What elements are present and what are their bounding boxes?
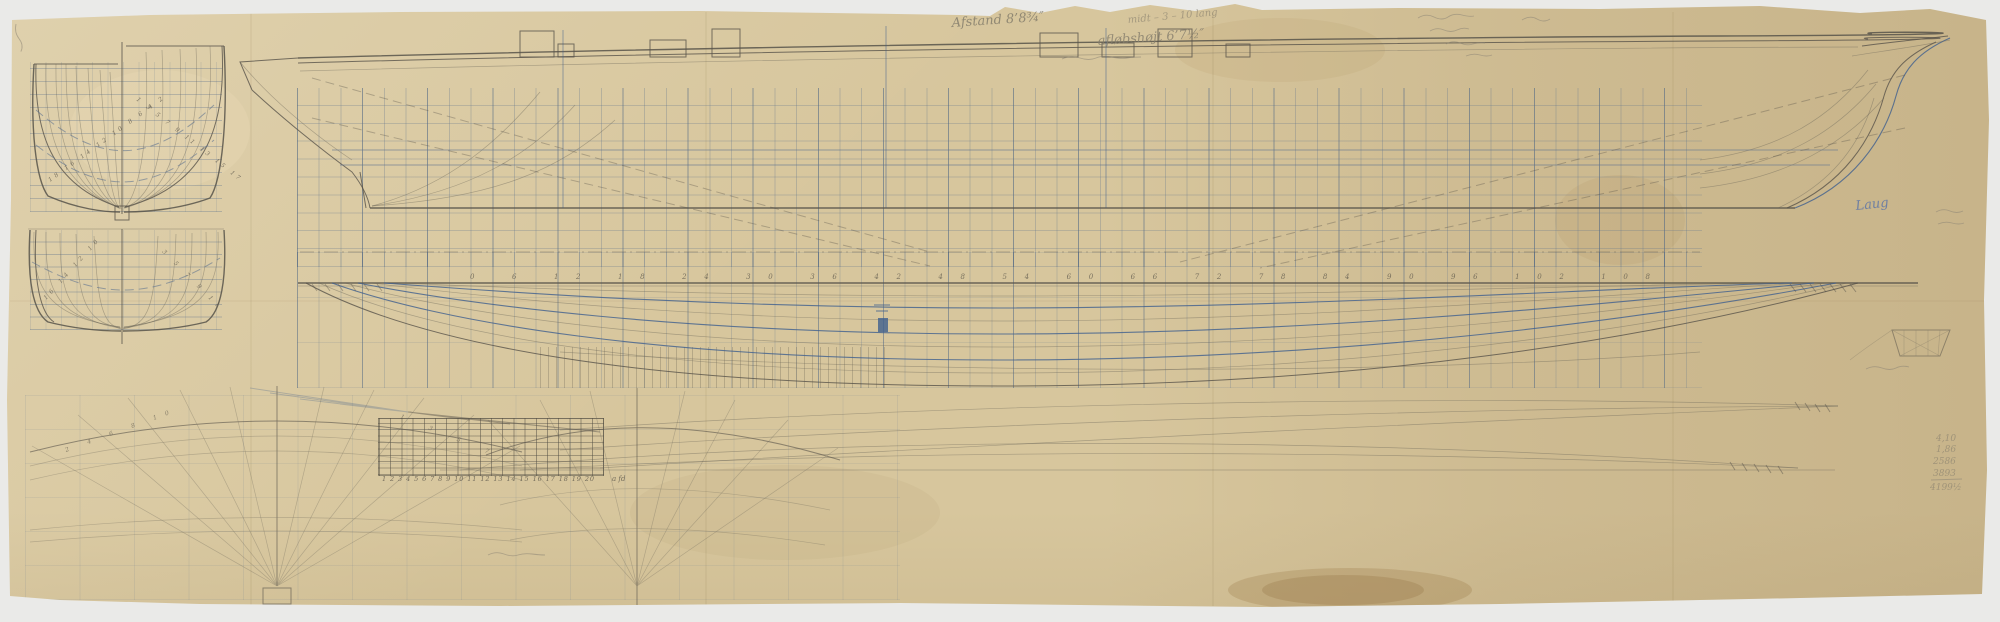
paper-stain xyxy=(630,465,940,560)
paper-tint-light xyxy=(0,0,2000,622)
paper-crease xyxy=(250,12,252,606)
paper-crease xyxy=(10,300,1988,302)
body-plan-mid-grid xyxy=(30,230,222,330)
half-breadth-grid xyxy=(297,252,1702,388)
paper-stain xyxy=(1175,18,1385,82)
offsets-table-grid xyxy=(378,418,604,476)
station-band-grid xyxy=(540,347,885,388)
body-plan-top-grid xyxy=(30,62,222,212)
paper-tint-right xyxy=(0,0,2000,622)
paper-crease xyxy=(1672,12,1674,606)
paper-stain xyxy=(1555,175,1685,265)
paper-crease xyxy=(1212,12,1214,606)
paper-highlight xyxy=(70,70,250,190)
paper-crease xyxy=(705,12,707,606)
paper-sheet xyxy=(0,0,2000,622)
sheer-plan-grid xyxy=(297,88,1702,267)
scanned-lines-plan: Afstand 8’8¾″ midt – 3 – 10 lang afløbsh… xyxy=(0,0,2000,622)
paper-tint-bottom xyxy=(0,0,2000,622)
paper-stain xyxy=(1228,568,1472,612)
bottom-plan-grid xyxy=(25,395,900,600)
paper-stain xyxy=(1262,575,1424,605)
